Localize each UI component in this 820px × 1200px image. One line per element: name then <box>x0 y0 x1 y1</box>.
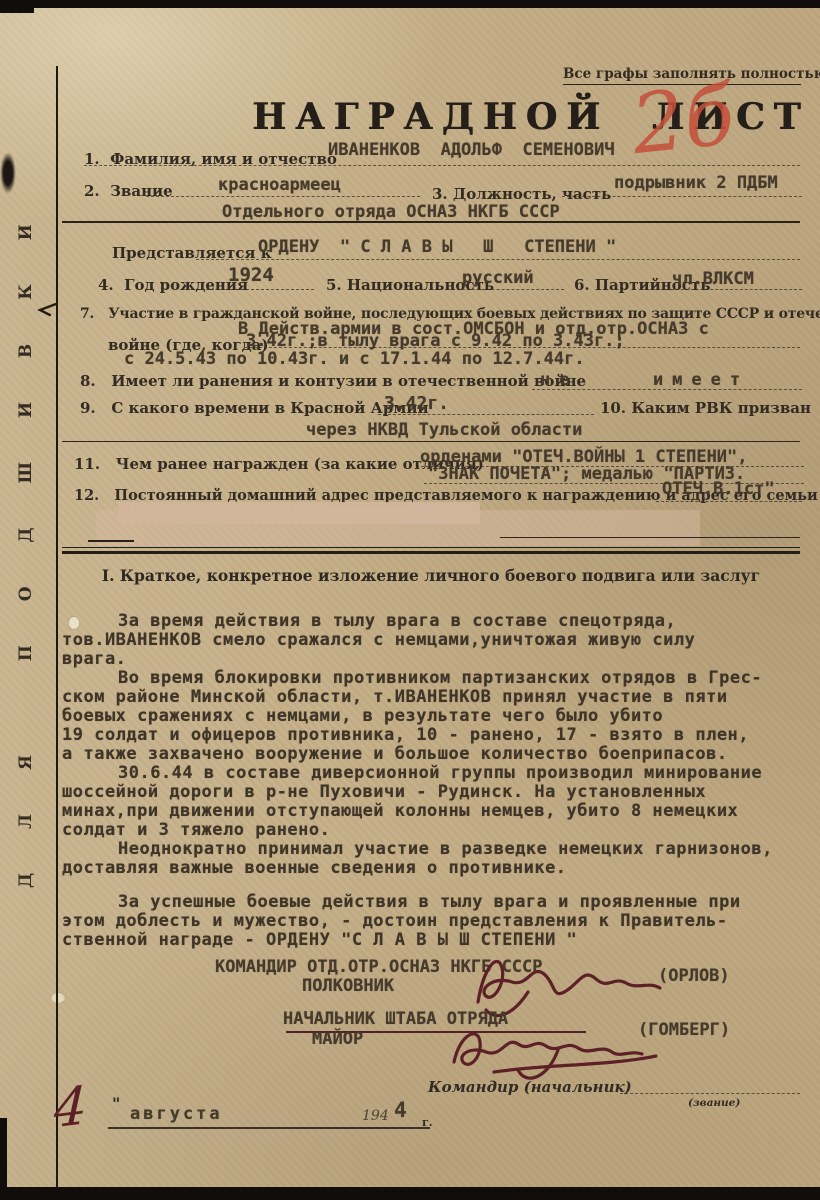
field-home-address-line <box>656 501 802 502</box>
field-unit-value: Отдельного отряда ОСНАЗ НКГБ СССР <box>222 202 560 222</box>
date-underline <box>108 1127 430 1129</box>
presented-to-line <box>196 259 800 260</box>
date-year-typed: 4 <box>394 1098 407 1122</box>
signer-1-name: (ОРЛОВ) <box>658 966 730 986</box>
field-birthyear-line <box>196 289 314 290</box>
signature-orlov <box>468 948 668 1018</box>
date-day-handwritten: 4 <box>53 1076 88 1141</box>
section-divider-thin <box>62 547 800 548</box>
field-name-line <box>84 165 800 166</box>
archival-red-number: 2б <box>628 75 738 167</box>
citation-paragraph: Неоднократно принимал участие в разведке… <box>62 840 810 878</box>
section-divider-thick <box>62 551 800 554</box>
form-left-border <box>56 66 58 1187</box>
citation-paragraph: 30.6.44 в составе диверсионной группы пр… <box>62 764 810 840</box>
field-birthyear-value: 1924 <box>228 264 274 286</box>
citation-body: За время действия в тылу врага в составе… <box>62 612 810 950</box>
date-quote-mark: " <box>112 1094 120 1113</box>
field-army-since-line <box>378 414 594 415</box>
address-line-right <box>500 537 800 538</box>
redacted-address-block-wide <box>96 510 700 546</box>
presented-to-value: ОРДЕНУ " С Л А В Ы Ш СТЕПЕНИ " <box>258 237 616 257</box>
scan-edge-left-sliver <box>0 1118 7 1200</box>
field-wounds-label: 8. Имеет ли ранения и контузии в отечест… <box>80 372 586 390</box>
field-prior-awards-value-3: ОТЕЧ.В.1ст" <box>662 479 775 499</box>
field-birthyear-label: 4. Год рождения <box>98 276 248 294</box>
signer-1-rank: ПОЛКОВНИК <box>302 976 394 996</box>
commander-footer-line <box>620 1093 800 1094</box>
field-party-value: чл.ВЛКСМ <box>672 269 754 289</box>
address-line-left-stub <box>88 540 134 542</box>
field-unit-line <box>62 221 800 223</box>
signer-2-rank: МАЙОР <box>312 1029 363 1049</box>
scan-edge-top <box>0 0 820 8</box>
citation-paragraph: За успешные боевые действия в тылу врага… <box>62 893 810 950</box>
field-wounds-line <box>532 389 802 390</box>
field-name-value: ИВАНЕНКОВ АДОЛЬФ СЕМЕНОВИЧ <box>328 140 615 160</box>
field-rank-value: красноармеец <box>218 175 341 195</box>
field-rvk-line <box>62 441 800 442</box>
field-wounds-value: не имеет <box>540 370 749 390</box>
award-sheet-scan: Д Л Я П О Д Ш И В К И Все графы заполнят… <box>0 0 820 1200</box>
field-rank-label: 2. Звание <box>84 182 173 200</box>
citation-paragraph: Во время блокировки противником партизан… <box>62 669 810 764</box>
field-position-value: подрывник 2 ПДБМ <box>614 173 778 193</box>
citation-paragraph: За время действия в тылу врага в составе… <box>62 612 810 669</box>
field-party-line <box>666 289 802 290</box>
field-rank-line <box>146 196 420 197</box>
paper-damage-spot <box>50 992 66 1004</box>
field-nationality-line <box>452 289 564 290</box>
filing-margin-vertical-text: Д Л Я П О Д Ш И В К И <box>16 318 36 888</box>
field-nationality-value: русский <box>462 268 534 288</box>
commander-footer-label: Командир (начальник) <box>428 1078 632 1096</box>
signature-gomberg <box>438 1010 668 1088</box>
paper-damage-spot <box>0 152 16 194</box>
field-rvk-label: 10. Каким РВК призван <box>600 399 811 417</box>
field-war-participation-value-3: с 24.5.43 по 10.43г. и с 17.1.44 по 12.7… <box>124 349 585 369</box>
rank-note-label: (звание) <box>688 1097 740 1109</box>
scan-edge-bottom <box>0 1187 820 1200</box>
field-war-participation-line <box>244 347 800 348</box>
scan-edge-corner <box>0 0 34 13</box>
field-army-since-label: 9. С какого времени в Красной Армии <box>80 399 429 417</box>
section-1-heading: I. Краткое, конкретное изложение личного… <box>62 566 800 585</box>
field-army-since-value: 3.42г. <box>384 393 449 414</box>
margin-pen-mark <box>36 300 58 318</box>
field-position-label: 3. Должность, часть <box>432 185 611 203</box>
field-position-line <box>562 196 802 197</box>
field-rvk-value: через НКВД Тульской области <box>306 420 582 440</box>
field-war-participation-value-2: 3.42г.;в тылу врага с 9.42 по 3.43г.; <box>246 331 625 351</box>
date-year-printed: 194 <box>362 1108 389 1124</box>
date-month: августа <box>130 1104 223 1124</box>
